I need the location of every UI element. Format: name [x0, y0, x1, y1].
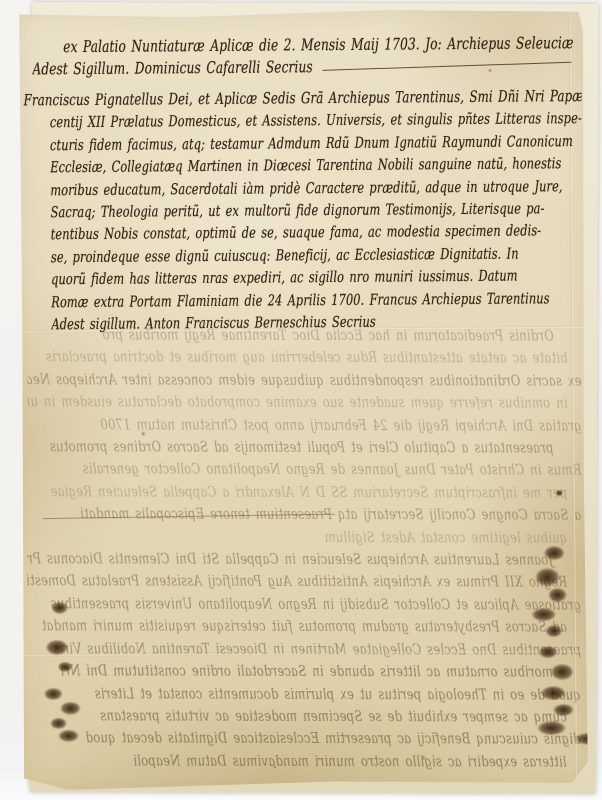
ink-blot	[548, 588, 566, 602]
signature-flourish-line	[323, 62, 572, 71]
bleedthrough-line: Joannes Laurentius Archiepus Seleucien i…	[27, 544, 581, 574]
bleedthrough-line: quod de eo in Theologia peritus ut ex pl…	[27, 679, 581, 709]
ink-blot	[539, 646, 557, 658]
bleedthrough-line: quibus legitime constat Adest Sigillum	[27, 522, 581, 552]
foxing-speck	[421, 755, 426, 760]
bleedthrough-line: praesentatus a Capitulo Cleri et Populi …	[27, 432, 581, 462]
ink-blot	[46, 640, 68, 655]
ink-blot	[538, 721, 566, 735]
bleedthrough-line: Regno XII Primus ex Archiepis Antistitib…	[27, 567, 581, 597]
manuscript-page: Ordinis Praedicatorum in hac Ecclia Dioc…	[17, 8, 589, 790]
bleedthrough-line: in omnibus referre quem suadente suo exa…	[28, 387, 582, 417]
foxing-speck	[140, 431, 146, 436]
bleedthrough-line: praesentibus Dno Eccles Collegiatae Mart…	[27, 634, 581, 664]
bleedthrough-rule	[43, 514, 335, 519]
bleedthrough-line: dignis cuiuscunq Beneficij ac praesertim…	[27, 723, 581, 753]
ink-blot	[544, 546, 564, 560]
ink-blot	[50, 718, 66, 729]
ink-blot	[556, 490, 563, 496]
bleedthrough-line: litteras expediri ac sigillo nostro muni…	[27, 746, 581, 776]
foxing-speck	[273, 765, 277, 769]
ink-blot	[58, 662, 72, 672]
ink-blot	[60, 702, 80, 715]
bleedthrough-line: ad Sacros Presbyteratus gradum promotus …	[27, 611, 581, 641]
ink-blot	[541, 686, 565, 700]
ink-blot	[553, 704, 573, 716]
bleedthrough-line: per me infrascriptum Secretarium SS D N …	[27, 477, 581, 507]
bleedthrough-line: bitate ac aetate attestantibus Rdus cele…	[28, 343, 582, 373]
bleedthrough-line: cumq ac semper exhibuit de se Specimen m…	[27, 701, 581, 731]
bleedthrough-line: gratiosae Aplicus et Collector Subsidij …	[27, 589, 581, 619]
nunciature-note-line-2: Adest Sigillum. Dominicus Cafarelli Secr…	[32, 52, 313, 83]
ink-blot	[52, 602, 68, 614]
ink-blot	[535, 568, 559, 586]
ink-blot	[546, 625, 562, 637]
ink-blot	[551, 664, 573, 680]
bleedthrough-line: gratias Dni Archiepi Regij die 24 Februa…	[27, 410, 581, 440]
ink-blot	[532, 608, 556, 621]
bleedthrough-line: ex sacris Ordinationibus respondentibus …	[28, 365, 582, 395]
ink-blot	[59, 730, 79, 742]
bleedthrough-line: Rmus in Christo Pater Dnus Joannes de Re…	[27, 455, 581, 485]
manuscript-line: Adest sigillum. Anton Franciscus Bernesc…	[51, 305, 583, 339]
scan-background: { "document_meta": { "kind": "scanned ma…	[0, 0, 602, 800]
ink-blot	[44, 688, 62, 700]
testimonial-body: Franciscus Pignatellus Dei, et Aplicæ Se…	[50, 85, 584, 336]
nunciature-note-row: Adest Sigillum. Dominicus Cafarelli Secr…	[32, 54, 577, 80]
verso-bleedthrough: Ordinis Praedicatorum in hac Ecclia Dioc…	[27, 323, 582, 773]
horizontal-fold-crease	[22, 650, 588, 657]
bleedthrough-line: moribus ornatum ac litteris abunde in Sa…	[27, 656, 581, 686]
